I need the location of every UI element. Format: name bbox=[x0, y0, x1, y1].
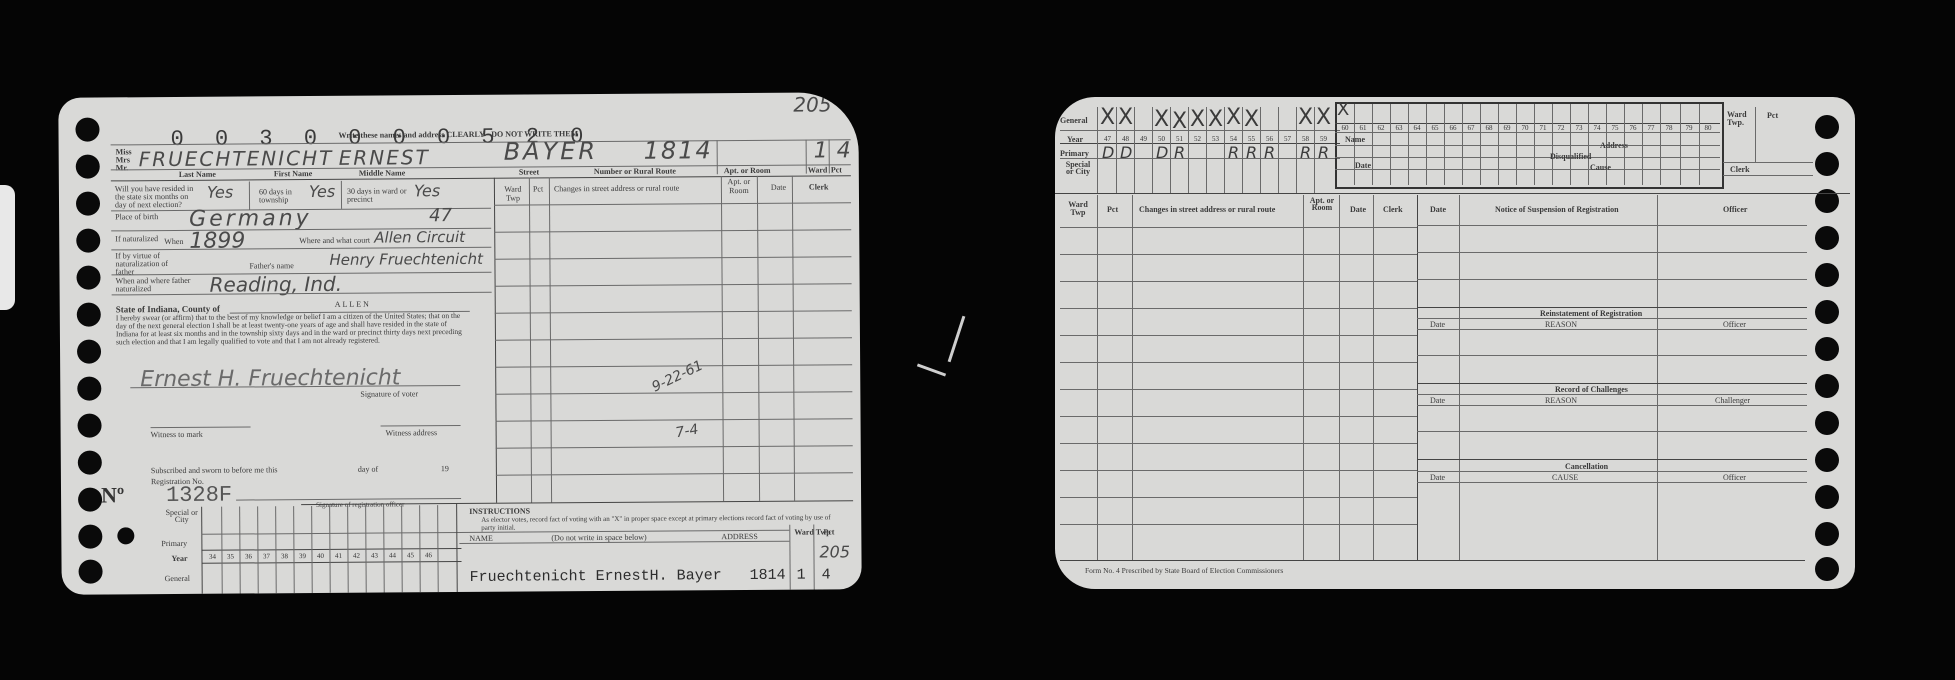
suspension-header-notice: Notice of Suspension of Registration bbox=[1495, 205, 1619, 214]
punch-hole bbox=[78, 525, 102, 549]
reinstatement-header-date: Date bbox=[1430, 320, 1445, 329]
q2-answer: Yes bbox=[309, 182, 335, 201]
place-of-birth-label: Place of birth bbox=[115, 213, 158, 221]
registration-no: 1328F bbox=[166, 483, 232, 508]
q2-label: 60 days in township bbox=[259, 188, 309, 204]
q1-label: Will you have resided in the state six m… bbox=[115, 185, 195, 210]
footer-pct-label: Pct bbox=[823, 527, 834, 536]
witness-address-label: Witness address bbox=[386, 428, 438, 437]
box-label-name: Name bbox=[1345, 135, 1365, 144]
cancellation-header-officer: Officer bbox=[1723, 473, 1746, 482]
reinstatement-header-reason: REASON bbox=[1545, 320, 1577, 329]
challenges-header-challenger: Challenger bbox=[1715, 396, 1750, 405]
salutation-mr: Mr. bbox=[116, 163, 128, 172]
label-last-name: Last Name bbox=[179, 170, 216, 179]
witness-label: Witness to mark bbox=[151, 430, 203, 439]
reinstatement-header-officer: Officer bbox=[1723, 320, 1746, 329]
back-pct-label: Pct bbox=[1767, 111, 1778, 120]
label-ward: Ward bbox=[808, 165, 828, 174]
changes-header-ward: Ward Twp bbox=[499, 185, 527, 203]
disqualification-box-x: X bbox=[1337, 99, 1349, 120]
footer-name-label: NAME bbox=[469, 534, 493, 543]
box-label-date: Date bbox=[1355, 161, 1371, 170]
label-street: Street bbox=[519, 167, 539, 176]
pct-value: 4 bbox=[837, 138, 851, 163]
box-label-cause: Cause bbox=[1590, 163, 1611, 172]
challenges-title: Record of Challenges bbox=[1555, 385, 1628, 394]
cancellation-header-cause: CAUSE bbox=[1552, 473, 1578, 482]
vote-row-special: Special or City bbox=[164, 509, 199, 523]
punch-holes-left bbox=[58, 92, 858, 98]
cancellation-title: Cancellation bbox=[1565, 462, 1608, 471]
cancellation-header-date: Date bbox=[1430, 473, 1445, 482]
back-vote-row-primary: Primary bbox=[1060, 149, 1089, 158]
ward-value: 1 bbox=[814, 138, 828, 163]
label-pct: Pct bbox=[831, 165, 842, 174]
naturalized-label: If naturalized bbox=[115, 234, 158, 243]
typed-pct-annotation: 205 bbox=[819, 542, 850, 561]
back-clerk-label: Clerk bbox=[1730, 165, 1750, 174]
registration-card-front: 0 0 3 0 0 0 0 5 2 0 Write these names an… bbox=[58, 92, 861, 595]
punch-hole bbox=[78, 488, 102, 512]
naturalized-when-label: When bbox=[164, 237, 183, 246]
suspension-header-officer: Officer bbox=[1723, 205, 1747, 214]
form-footer: Form No. 4 Prescribed by State Board of … bbox=[1085, 566, 1283, 575]
father-name-label: Father's name bbox=[249, 261, 293, 270]
label-middle-name: Middle Name bbox=[359, 168, 405, 177]
q1-answer: Yes bbox=[207, 183, 233, 202]
label-apt: Apt. or Room bbox=[724, 166, 771, 175]
oath-county: ALLEN bbox=[335, 300, 371, 309]
changes-table-rows bbox=[58, 92, 858, 98]
punch-hole bbox=[77, 303, 101, 327]
punch-hole bbox=[77, 377, 101, 401]
vote-row-primary: Primary bbox=[161, 539, 187, 548]
box-label-address: Address bbox=[1600, 141, 1628, 150]
back-changes-header-address: Changes in street address or rural route bbox=[1139, 205, 1275, 214]
changes-header-apt: Apt. or Room bbox=[724, 177, 754, 195]
stray-mark bbox=[948, 316, 966, 363]
father-naturalization-label: If by virtue of naturalization of father bbox=[115, 252, 185, 276]
back-changes-header-pct: Pct bbox=[1107, 205, 1118, 214]
back-changes-header-date: Date bbox=[1350, 205, 1366, 214]
voter-signature: Ernest H. Fruechtenicht bbox=[140, 365, 400, 392]
margin-note-2: 7-4 bbox=[674, 421, 699, 441]
footer-ward-twp-label: Ward Twp bbox=[794, 528, 814, 537]
typed-number: 1814 bbox=[750, 567, 786, 584]
instructions-title: INSTRUCTIONS bbox=[469, 507, 530, 516]
back-ward-twp-label: Ward Twp. bbox=[1727, 111, 1755, 127]
margin-note-date: 9-22-61 bbox=[649, 358, 705, 396]
back-changes-header-clerk: Clerk bbox=[1383, 205, 1403, 214]
footer-address-label: ADDRESS bbox=[721, 532, 758, 541]
registration-card-back: General Year Primary Special or City 47 … bbox=[1055, 97, 1855, 589]
punch-hole bbox=[78, 560, 102, 584]
label-first-name: First Name bbox=[274, 169, 312, 178]
reinstatement-title: Reinstatement of Registration bbox=[1540, 309, 1642, 318]
changes-header-address: Changes in street address or rural route bbox=[554, 183, 679, 193]
vote-row-general: General bbox=[165, 574, 190, 583]
box-label-disqualified: Disqualified bbox=[1550, 152, 1591, 161]
typed-pct: 4 bbox=[822, 566, 831, 583]
back-changes-header-ward: Ward Twp bbox=[1063, 201, 1093, 217]
changes-header-clerk: Clerk bbox=[809, 182, 829, 191]
naturalized-where-label: Where and what court bbox=[299, 236, 370, 245]
q3-answer: Yes bbox=[414, 181, 440, 200]
house-number-value: 1814 bbox=[644, 136, 713, 164]
punch-hole bbox=[75, 118, 99, 142]
suspension-header-date: Date bbox=[1430, 205, 1446, 214]
back-vote-row-special: Special or City bbox=[1063, 161, 1093, 175]
back-vote-row-general: General bbox=[1060, 116, 1088, 125]
naturalized-when-value: 1899 bbox=[189, 228, 245, 253]
vote-year-cells: 34 35 36 37 38 39 40 41 42 43 44 45 46 bbox=[58, 92, 858, 98]
typed-name: Fruechtenicht ErnestH. Bayer bbox=[470, 567, 722, 586]
typed-ward: 1 bbox=[797, 567, 806, 584]
q3-label: 30 days in ward or precinct bbox=[347, 187, 407, 203]
back-changes-header-apt: Apt. or Room bbox=[1307, 197, 1337, 211]
punch-hole bbox=[77, 340, 101, 364]
voter-signature-label: Signature of voter bbox=[360, 389, 418, 398]
father-name-value: Henry Fruechtenicht bbox=[329, 250, 483, 269]
punch-hole bbox=[76, 155, 100, 179]
punch-hole bbox=[76, 266, 100, 290]
first-name-value: ERNEST bbox=[339, 145, 430, 170]
label-number: Number or Rural Route bbox=[594, 166, 676, 176]
street-value: BAYER bbox=[504, 137, 599, 166]
stray-mark bbox=[917, 363, 946, 376]
age-annotation: 47 bbox=[429, 205, 452, 226]
challenges-header-date: Date bbox=[1430, 396, 1445, 405]
naturalized-where-value: Allen Circuit bbox=[374, 228, 465, 247]
paper-edge-fragment bbox=[0, 185, 15, 310]
changes-header-date: Date bbox=[771, 183, 786, 192]
father-when-where-label: When and where father naturalized bbox=[116, 277, 201, 294]
challenges-header-reason: REASON bbox=[1545, 396, 1577, 405]
top-right-annotation: 205 bbox=[793, 92, 831, 116]
vote-row-year: Year bbox=[171, 554, 187, 563]
registration-no-symbol: Nº bbox=[101, 482, 124, 508]
subscribed-line: Subscribed and sworn to before me this bbox=[151, 465, 278, 475]
punch-hole bbox=[76, 229, 100, 253]
subscribed-year: 19 bbox=[441, 464, 449, 473]
changes-header-pct: Pct bbox=[533, 184, 543, 193]
punch-hole-small bbox=[117, 527, 134, 544]
subscribed-day-label: day of bbox=[358, 465, 378, 474]
punch-hole bbox=[78, 451, 102, 475]
oath-text: I hereby swear (or affirm) that to the b… bbox=[116, 312, 466, 346]
punch-hole bbox=[77, 414, 101, 438]
punch-hole bbox=[76, 192, 100, 216]
